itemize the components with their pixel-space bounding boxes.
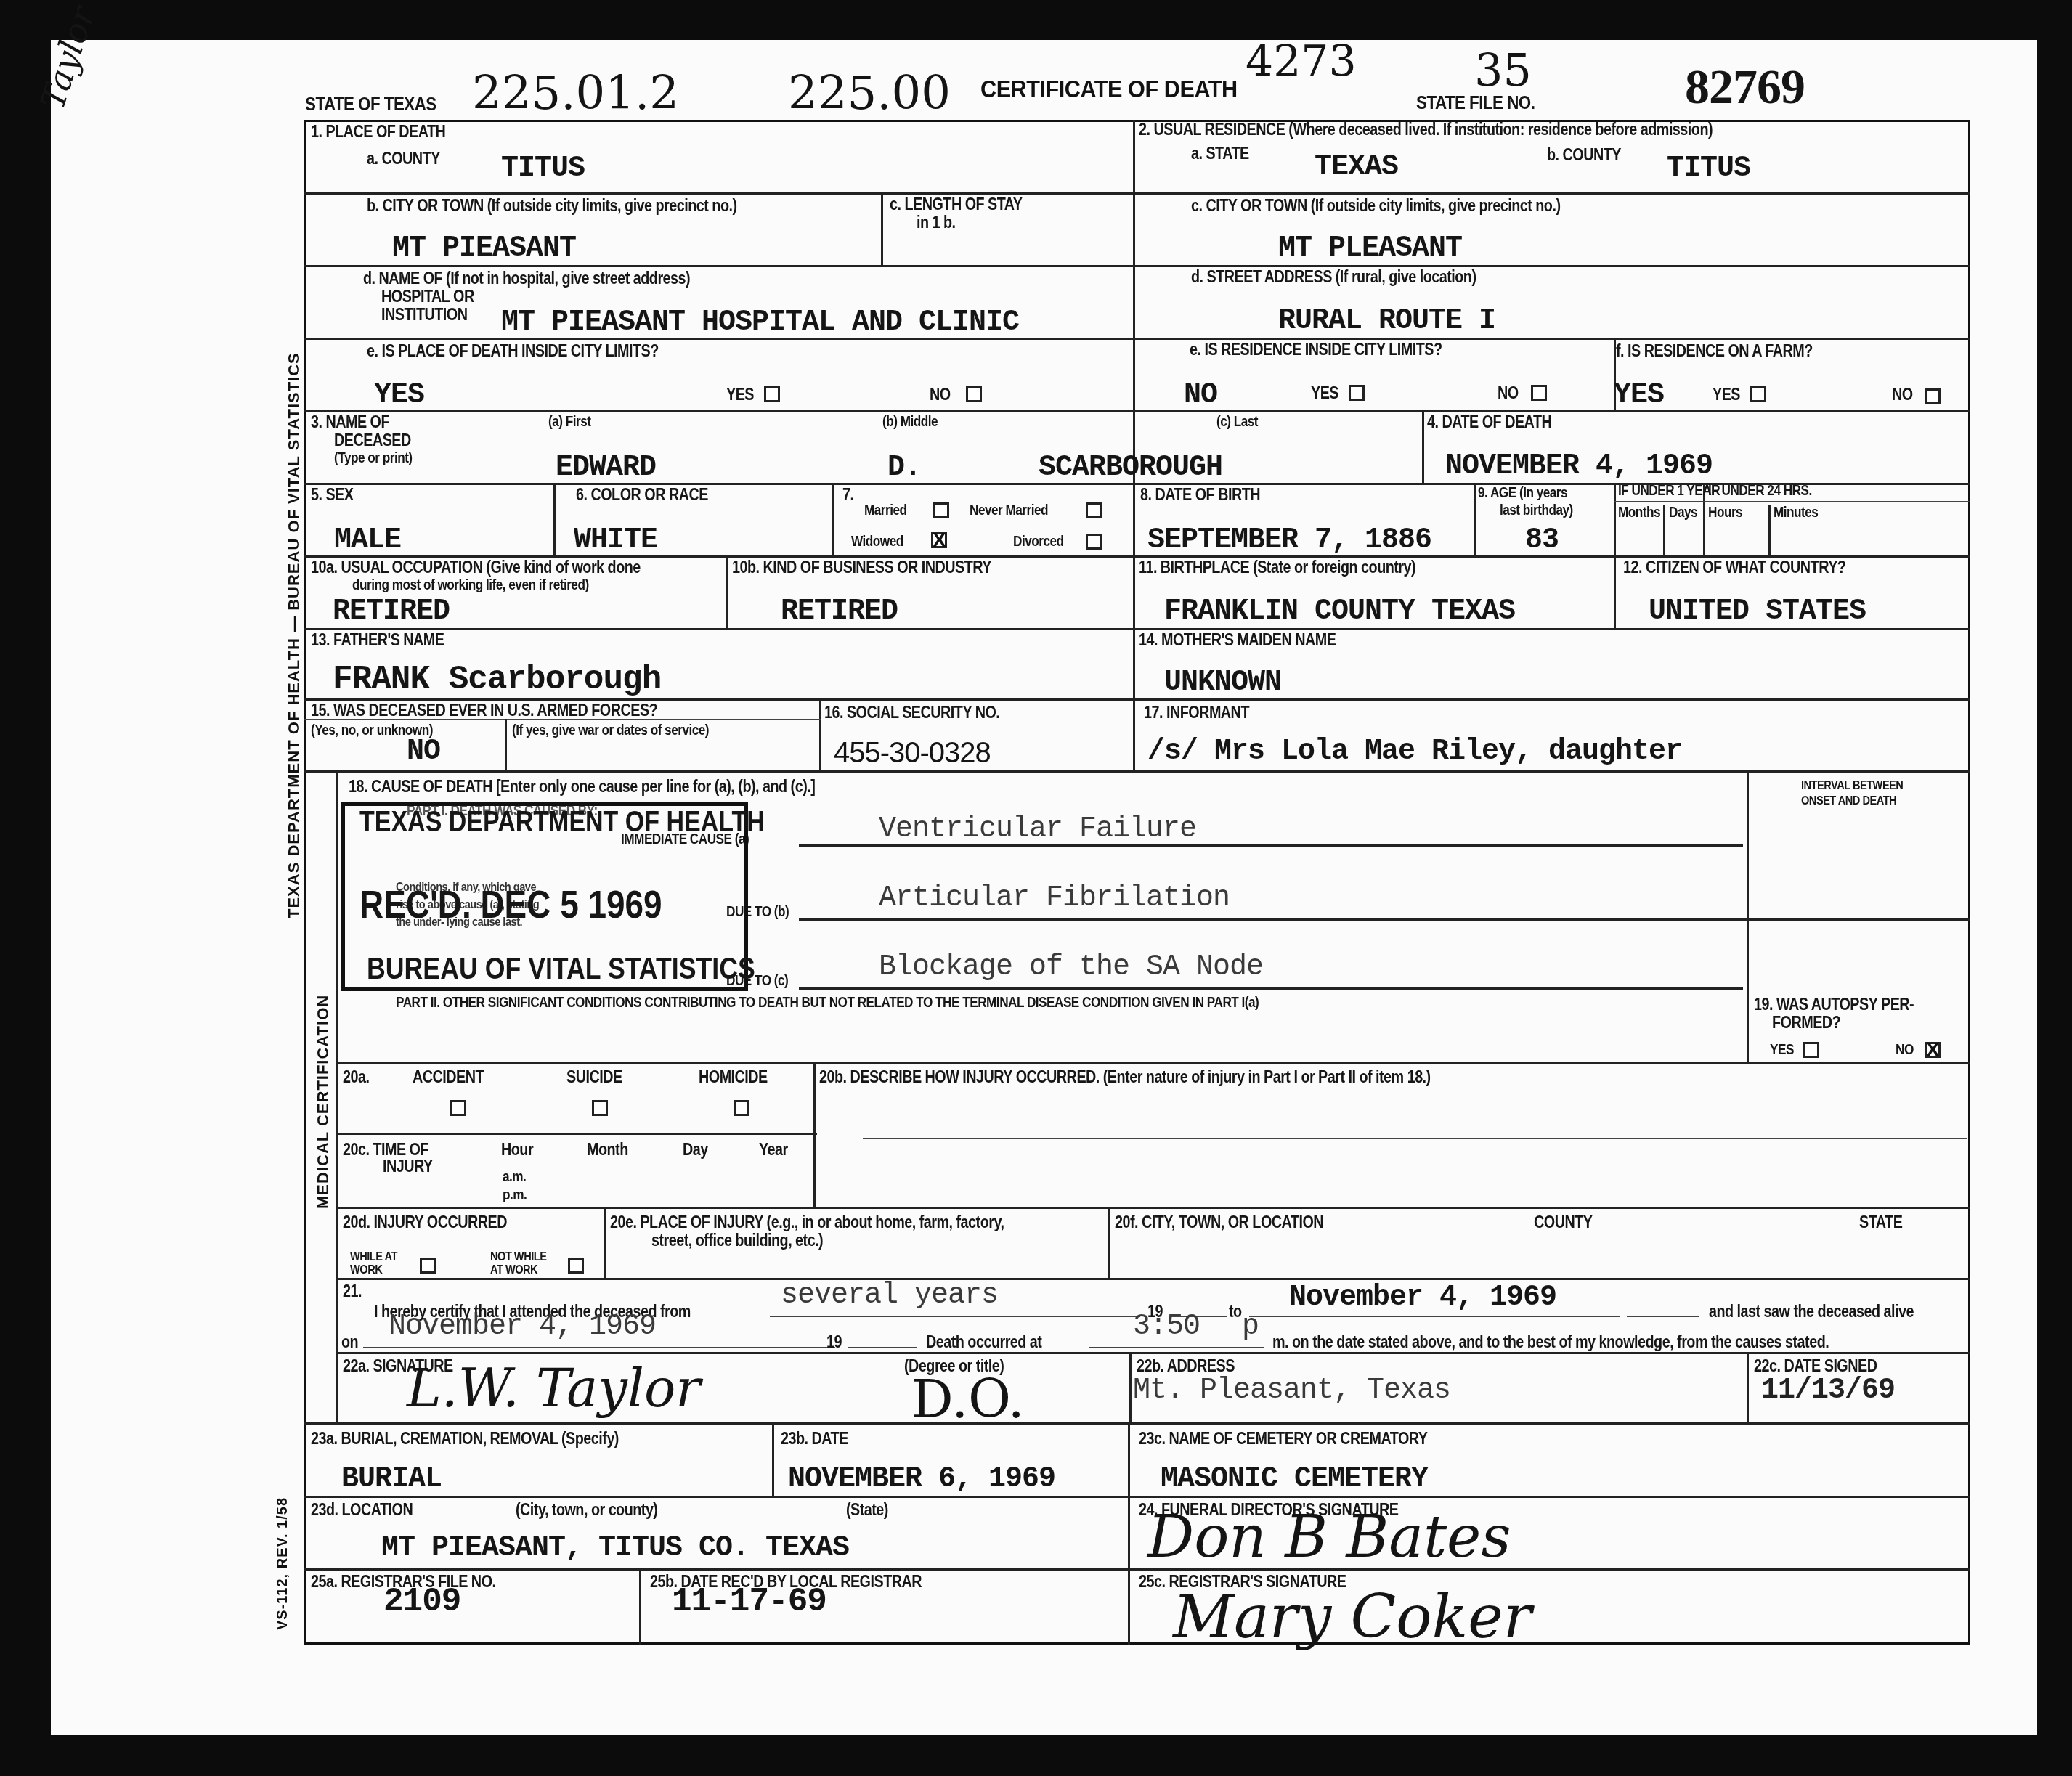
marital-label: 7. [842, 485, 853, 505]
middle-name-value: D. [887, 452, 921, 484]
disposition-value: BURIAL [341, 1463, 442, 1496]
label-20a: 20a. [343, 1067, 369, 1087]
age-value: 83 [1525, 524, 1559, 557]
hospital-label-1: d. NAME OF (If not in hospital, give str… [363, 269, 690, 288]
birth-label: 8. DATE OF BIRTH [1140, 485, 1260, 505]
accident-checkbox[interactable] [450, 1100, 466, 1116]
cemetery-value: MASONIC CEMETERY [1161, 1463, 1428, 1496]
death-inside-no-checkbox[interactable] [966, 386, 982, 402]
handwritten-number-1: 4273 [1246, 36, 1357, 87]
burial-date-label: 23b. DATE [781, 1429, 848, 1449]
autopsy-label-2: FORMED? [1772, 1013, 1840, 1032]
label-20e-1: 20e. PLACE OF INJURY (e.g., in or about … [610, 1213, 1004, 1232]
death-inside-limits-value: YES [374, 379, 424, 412]
death-inside-limits-label: e. IS PLACE OF DEATH INSIDE CITY LIMITS? [367, 341, 659, 361]
handwritten-number-2: 35 [1474, 44, 1532, 97]
length-of-stay-label: c. LENGTH OF STAY [890, 195, 1022, 214]
handwritten-code-2: 225.00 [788, 67, 951, 121]
handwritten-code-1: 225.01.2 [472, 67, 679, 121]
document-title: CERTIFICATE OF DEATH [980, 76, 1238, 104]
death-county-label: a. COUNTY [367, 149, 440, 168]
first-name-label: (a) First [548, 414, 590, 431]
residence-street-value: RURAL ROUTE I [1278, 305, 1495, 338]
yes-label: YES [726, 385, 754, 404]
residence-county-value: TITUS [1667, 152, 1750, 185]
suicide-checkbox[interactable] [592, 1100, 608, 1116]
months-label: Months [1618, 505, 1660, 521]
while-at-work-checkbox[interactable] [420, 1258, 436, 1274]
death-time-value: 3:50 [1133, 1311, 1200, 1343]
farm-yes-checkbox[interactable] [1750, 386, 1766, 402]
occupation-value: RETIRED [333, 595, 450, 628]
informant-value: /s/ Mrs Lola Mae Riley, daughter [1147, 736, 1682, 768]
accident-label: ACCIDENT [413, 1067, 484, 1087]
widowed-checkbox[interactable] [931, 532, 947, 548]
place-of-death-label: 1. PLACE OF DEATH [311, 122, 445, 142]
age-label-1: 9. AGE (In years [1478, 485, 1567, 502]
citizen-label: 12. CITIZEN OF WHAT COUNTRY? [1623, 558, 1845, 577]
residence-inside-yes-checkbox[interactable] [1349, 385, 1365, 401]
state-file-number: 82769 [1685, 58, 1805, 115]
divorced-checkbox[interactable] [1086, 534, 1102, 550]
degree-value: D.O. [911, 1369, 1025, 1430]
middle-name-label: (b) Middle [882, 414, 938, 431]
cause-a-value: Ventricular Failure [879, 813, 1196, 846]
autopsy-yes-checkbox[interactable] [1803, 1042, 1819, 1058]
residence-city-value: MT PLEASANT [1278, 232, 1462, 265]
residence-inside-no-checkbox[interactable] [1531, 385, 1547, 401]
widowed-label: Widowed [851, 534, 903, 550]
death-city-label: b. CITY OR TOWN (If outside city limits,… [367, 196, 737, 216]
funeral-director-signature: Don B Bates [1147, 1503, 1511, 1571]
cemetery-label: 23c. NAME OF CEMETERY OR CREMATORY [1139, 1429, 1428, 1449]
business-label: 10b. KIND OF BUSINESS OR INDUSTRY [732, 558, 991, 577]
label-20b: 20b. DESCRIBE HOW INJURY OCCURRED. (Ente… [819, 1067, 1431, 1087]
name-label-1: 3. NAME OF [311, 412, 389, 432]
age-label-2: last birthday) [1500, 502, 1573, 519]
homicide-label: HOMICIDE [699, 1067, 768, 1087]
armed-forces-label: 15. WAS DECEASED EVER IN U.S. ARMED FORC… [311, 701, 657, 720]
hospital-label-3: INSTITUTION [381, 305, 467, 325]
married-checkbox[interactable] [933, 502, 949, 518]
burial-date-value: NOVEMBER 6, 1969 [788, 1463, 1055, 1496]
citizen-value: UNITED STATES [1649, 595, 1866, 628]
race-value: WHITE [574, 524, 657, 557]
married-label: Married [864, 502, 907, 519]
last-name-label: (c) Last [1216, 414, 1258, 431]
name-label-2: DECEASED [334, 431, 411, 450]
injury-county-label: COUNTY [1534, 1213, 1592, 1232]
day-label: Day [683, 1140, 708, 1160]
ssn-value: 455-30-0328 [834, 737, 991, 770]
father-value: FRANK Scarborough [333, 661, 661, 698]
label-20f: 20f. CITY, TOWN, OR LOCATION [1115, 1213, 1323, 1232]
location-sub-label-1: (City, town, or county) [516, 1500, 657, 1520]
label-21: 21. [343, 1282, 362, 1301]
hospital-value: MT PIEASANT HOSPITAL AND CLINIC [501, 306, 1019, 339]
mother-label: 14. MOTHER'S MAIDEN NAME [1139, 630, 1336, 650]
death-inside-yes-checkbox[interactable] [764, 386, 780, 402]
last-saw-text: and last saw the deceased alive [1709, 1302, 1914, 1321]
cause-c-value: Blockage of the SA Node [879, 951, 1263, 984]
yes-label-2: YES [1311, 383, 1338, 403]
autopsy-no-label: NO [1896, 1042, 1914, 1059]
state-label: STATE OF TEXAS [305, 93, 436, 115]
informant-label: 17. INFORMANT [1144, 703, 1249, 722]
attended-to-value: November 4, 1969 [1289, 1282, 1556, 1314]
no-label-2: NO [1498, 383, 1519, 403]
stamp-line-3: BUREAU OF VITAL STATISTICS [367, 951, 755, 986]
farm-value: YES [1614, 379, 1664, 412]
stamp-line-1: TEXAS DEPARTMENT OF HEALTH [359, 806, 765, 839]
residence-county-label: b. COUNTY [1547, 145, 1621, 165]
address-label: 22b. ADDRESS [1137, 1356, 1235, 1376]
occupation-label-1: 10a. USUAL OCCUPATION (Give kind of work… [311, 558, 641, 577]
first-name-value: EDWARD [556, 452, 656, 484]
farm-label: f. IS RESIDENCE ON A FARM? [1616, 341, 1813, 361]
month-label: Month [587, 1140, 628, 1160]
ssn-label: 16. SOCIAL SECURITY NO. [824, 703, 999, 722]
pm-label: p.m. [503, 1187, 527, 1204]
residence-inside-limits-value: NO [1184, 379, 1217, 412]
death-ampm-value: p [1242, 1311, 1259, 1343]
part2-label: PART II. OTHER SIGNIFICANT CONDITIONS CO… [396, 995, 1259, 1011]
am-label: a.m. [503, 1169, 526, 1186]
hour-label: Hour [501, 1140, 533, 1160]
side-label-department: TEXAS DEPARTMENT OF HEALTH — BUREAU OF V… [285, 352, 304, 918]
date-signed-label: 22c. DATE SIGNED [1754, 1356, 1877, 1376]
hospital-label-2: HOSPITAL OR [381, 287, 474, 306]
residence-inside-limits-label: e. IS RESIDENCE INSIDE CITY LIMITS? [1190, 340, 1442, 359]
location-label: 23d. LOCATION [311, 1500, 413, 1520]
date-of-death-value: NOVEMBER 4, 1969 [1445, 450, 1713, 483]
armed-sub-label-2: (If yes, give war or dates of service) [512, 722, 709, 739]
death-city-value: MT PIEASANT [392, 232, 576, 265]
location-sub-label-2: (State) [846, 1500, 888, 1520]
last-name-value: SCARBOROUGH [1039, 452, 1222, 484]
label-20d: 20d. INJURY OCCURRED [343, 1213, 507, 1232]
injury-state-label: STATE [1859, 1213, 1902, 1232]
while-at-work-label: WHILE AT WORK [350, 1250, 403, 1276]
farm-no-checkbox[interactable] [1925, 388, 1941, 404]
residence-city-label: c. CITY OR TOWN (If outside city limits,… [1191, 196, 1560, 216]
interval-label-2: ONSET AND DEATH [1801, 794, 1896, 808]
never-married-checkbox[interactable] [1086, 502, 1102, 518]
nineteen-label-2: 19 [826, 1332, 842, 1352]
no-label: NO [930, 385, 951, 404]
disposition-label: 23a. BURIAL, CREMATION, REMOVAL (Specify… [311, 1429, 619, 1449]
mother-value: UNKNOWN [1164, 667, 1281, 699]
cause-of-death-label: 18. CAUSE OF DEATH [Enter only one cause… [349, 777, 815, 797]
last-seen-date-value: November 4, 1969 [389, 1311, 656, 1343]
cause-b-value: Articular Fibrilation [879, 882, 1230, 915]
physician-signature: L.W. Taylor [407, 1358, 701, 1419]
death-occurred-label: Death occurred at [926, 1332, 1041, 1352]
certify-tail-text: m. on the date stated above, and to the … [1272, 1332, 1829, 1352]
on-label: on [341, 1332, 358, 1352]
under-1-year-label: IF UNDER 1 YEAR [1618, 483, 1720, 500]
registrar-date-value: 11-17-69 [672, 1583, 826, 1621]
death-county-value: TITUS [501, 152, 585, 185]
residence-label: 2. USUAL RESIDENCE (Where deceased lived… [1139, 120, 1713, 139]
divorced-label: Divorced [1013, 534, 1063, 550]
residence-street-label: d. STREET ADDRESS (If rural, give locati… [1191, 267, 1476, 287]
form-number: VS-112, REV. 1/58 [275, 1497, 291, 1630]
birthplace-value: FRANKLIN COUNTY TEXAS [1164, 595, 1515, 628]
date-signed-value: 11/13/69 [1761, 1374, 1895, 1407]
autopsy-label-1: 19. WAS AUTOPSY PER- [1754, 995, 1914, 1014]
interval-label-1: INTERVAL BETWEEN [1801, 778, 1903, 793]
residence-state-value: TEXAS [1315, 151, 1398, 184]
attended-from-value: several years [781, 1279, 998, 1312]
name-label-3: (Type or print) [334, 450, 413, 467]
occupation-label-2: during most of working life, even if ret… [352, 577, 589, 594]
minutes-label: Minutes [1774, 505, 1818, 521]
not-while-at-work-label: NOT WHILE AT WORK [490, 1250, 550, 1276]
father-label: 13. FATHER'S NAME [311, 630, 444, 650]
label-20e-2: street, office building, etc.) [651, 1231, 823, 1250]
label-20c-2: INJURY [383, 1157, 433, 1176]
suicide-label: SUICIDE [566, 1067, 622, 1087]
yes-label-3: YES [1713, 385, 1740, 404]
length-of-stay-label-2: in 1 b. [917, 213, 956, 232]
sex-value: MALE [334, 524, 401, 557]
year-label: Year [759, 1140, 788, 1160]
never-married-label: Never Married [970, 502, 1048, 519]
hours-label: Hours [1708, 505, 1742, 521]
homicide-checkbox[interactable] [734, 1100, 749, 1116]
birthplace-label: 11. BIRTHPLACE (State or foreign country… [1139, 558, 1415, 577]
under-24-hrs-label: IF UNDER 24 HRS. [1708, 483, 1812, 500]
stamp-line-2: REC'D. DEC 5 1969 [359, 882, 662, 927]
location-value: MT PIEASANT, TITUS CO. TEXAS [381, 1532, 849, 1565]
state-file-label: STATE FILE NO. [1416, 91, 1535, 114]
days-label: Days [1669, 505, 1697, 521]
date-of-death-label: 4. DATE OF DEATH [1427, 412, 1551, 432]
autopsy-yes-label: YES [1770, 1042, 1794, 1059]
registrar-signature: Mary Coker [1173, 1583, 1532, 1652]
registrar-file-value: 2109 [383, 1583, 460, 1621]
business-value: RETIRED [781, 595, 898, 628]
address-value: Mt. Pleasant, Texas [1133, 1374, 1450, 1407]
sex-label: 5. SEX [311, 485, 353, 505]
no-label-3: NO [1892, 385, 1913, 404]
autopsy-no-checkbox[interactable] [1925, 1042, 1941, 1058]
birth-value: SEPTEMBER 7, 1886 [1147, 524, 1431, 557]
residence-state-label: a. STATE [1191, 144, 1249, 163]
not-while-at-work-checkbox[interactable] [568, 1258, 584, 1274]
to-label: to [1229, 1302, 1242, 1321]
armed-forces-value: NO [407, 736, 440, 768]
race-label: 6. COLOR OR RACE [576, 485, 708, 505]
